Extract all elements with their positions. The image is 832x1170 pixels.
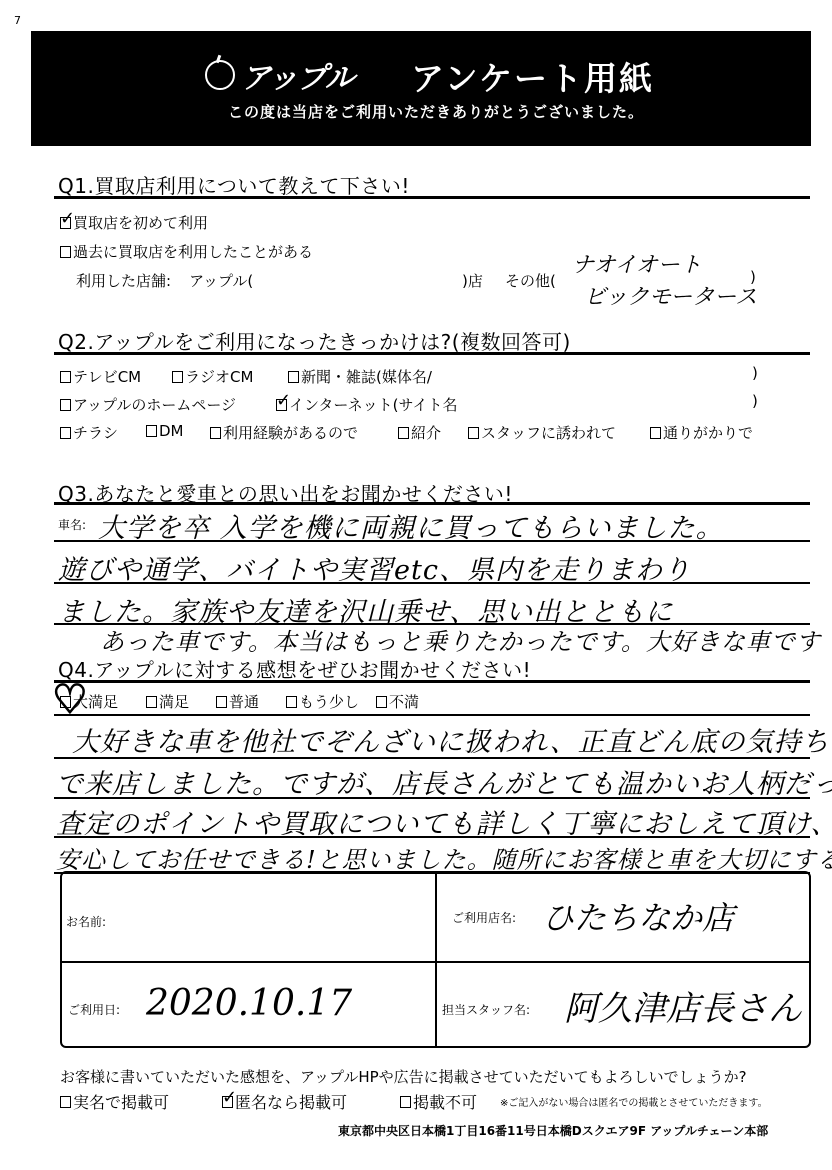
option-label: スタッフに誘われて xyxy=(481,422,616,443)
q2-option-tv[interactable]: テレビCM xyxy=(60,366,141,387)
q4-rating-normal[interactable]: 普通 xyxy=(216,691,259,712)
q2-title: Q2.アップルをご利用になったきっかけは?(複数回答可) xyxy=(58,326,571,355)
option-label: ラジオCM xyxy=(185,366,253,387)
q1-other-close: ) xyxy=(750,268,756,286)
option-label: 匿名なら掲載可 xyxy=(235,1090,347,1113)
q1-option-used-before[interactable]: 過去に買取店を利用したことがある xyxy=(60,241,313,262)
q3-line-rule xyxy=(54,540,810,542)
option-label: チラシ xyxy=(73,422,118,443)
q4-answer-line-4: 安心してお任せできる!と思いました。随所にお客様と車を大切にする気 xyxy=(56,840,832,875)
checkbox[interactable] xyxy=(468,427,479,439)
q2-option-passing[interactable]: 通りがかりで xyxy=(650,422,753,443)
q2-option-homepage[interactable]: アップルのホームページ xyxy=(60,394,236,415)
q1-other-value-line2: ビックモータース xyxy=(584,280,757,311)
q2-option-newspaper[interactable]: 新聞・雑誌(媒体名/ xyxy=(288,366,432,387)
q1-store-used: 利用した店舗: アップル( xyxy=(76,270,253,291)
checkbox-checked[interactable] xyxy=(60,217,71,229)
checkbox[interactable] xyxy=(60,696,71,708)
info-divider-vertical xyxy=(435,873,437,1046)
form-subtitle: この度は当店をご利用いただきありがとうございました。 xyxy=(31,101,811,122)
form-title: アンケート用紙 xyxy=(411,53,654,100)
q2-option-experience[interactable]: 利用経験があるので xyxy=(210,422,358,443)
q1-other-value-line1: ナオイオート xyxy=(572,248,702,279)
rating-label: 不満 xyxy=(389,691,419,712)
q2-divider xyxy=(54,352,810,355)
consent-question: お客様に書いていただいた感想を、アップルHPや広告に掲載させていただいてもよろし… xyxy=(60,1066,747,1087)
q4-answer-line-2: で来店しました。ですが、店長さんがとても温かいお人柄だった xyxy=(56,762,832,801)
checkbox[interactable] xyxy=(650,427,661,439)
q4-answer-line-1: 大好きな車を他社でぞんざいに扱われ、正直どん底の気持ち xyxy=(72,720,830,759)
checkbox[interactable] xyxy=(216,696,227,708)
rating-label: 大満足 xyxy=(73,691,118,712)
consent-option-decline[interactable]: 掲載不可 xyxy=(400,1090,477,1113)
date-value[interactable]: 2020.10.17 xyxy=(146,983,352,1024)
option-label: 新聞・雑誌(媒体名/ xyxy=(301,366,432,387)
q2-close-paren-2: ) xyxy=(752,392,758,410)
q4-line-rule xyxy=(54,757,810,759)
store-prefix: アップル( xyxy=(189,270,253,291)
q4-rating-satisfied[interactable]: 満足 xyxy=(146,691,189,712)
store-name-label: ご利用店名: xyxy=(452,909,516,926)
logo-text: アップル xyxy=(241,53,354,97)
q4-rating-so-so[interactable]: もう少し xyxy=(286,691,359,712)
q1-other-label: その他( xyxy=(505,270,556,291)
q4-line-rule xyxy=(54,836,810,838)
option-label: 過去に買取店を利用したことがある xyxy=(73,241,313,262)
rating-label: 普通 xyxy=(229,691,259,712)
apple-logo-icon xyxy=(205,60,235,90)
staff-name-value[interactable]: 阿久津店長さん xyxy=(564,981,802,1030)
q1-title: Q1.買取店利用について教えて下さい! xyxy=(58,170,410,199)
q4-divider xyxy=(54,680,810,683)
q3-answer-line-4: あった車です。本当はもっと乗りたかったです。大好きな車です xyxy=(100,622,821,657)
checkbox[interactable] xyxy=(146,425,157,437)
q2-option-radio[interactable]: ラジオCM xyxy=(172,366,253,387)
store-name-value[interactable]: ひたちなか店 xyxy=(542,893,734,939)
q4-rating-unsatisfied[interactable]: 不満 xyxy=(376,691,419,712)
checkbox[interactable] xyxy=(60,427,71,439)
checkbox[interactable] xyxy=(146,696,157,708)
checkbox[interactable] xyxy=(288,371,299,383)
q2-option-flyer[interactable]: チラシ xyxy=(60,422,118,443)
header-banner: アップル アンケート用紙 この度は当店をご利用いただきありがとうございました。 xyxy=(31,31,811,146)
staff-name-label: 担当スタッフ名: xyxy=(442,1001,530,1018)
option-label: 実名で掲載可 xyxy=(73,1090,169,1113)
consent-note: ※ご記入がない場合は匿名での掲載とさせていただきます。 xyxy=(500,1094,768,1109)
checkbox[interactable] xyxy=(376,696,387,708)
option-label: アップルのホームページ xyxy=(73,394,236,415)
q1-option-first-time[interactable]: 買取店を初めて利用 xyxy=(60,212,208,233)
rating-label: 満足 xyxy=(159,691,189,712)
q3-divider xyxy=(54,502,810,505)
option-label: DM xyxy=(159,422,184,440)
info-divider-horizontal xyxy=(62,961,809,963)
car-name-label: 車名: xyxy=(58,516,86,533)
checkbox[interactable] xyxy=(172,371,183,383)
footer-address: 東京都中央区日本橋1丁目16番11号日本橋Dスクエア9F アップルチェーン本部 xyxy=(338,1122,768,1139)
checkbox[interactable] xyxy=(60,371,71,383)
checkbox[interactable] xyxy=(60,246,71,258)
q2-option-internet[interactable]: インターネット(サイト名 xyxy=(276,394,457,415)
q2-option-staff[interactable]: スタッフに誘われて xyxy=(468,422,616,443)
q2-close-paren-1: ) xyxy=(752,364,758,382)
option-label: 買取店を初めて利用 xyxy=(73,212,208,233)
store-label: 利用した店舗: xyxy=(76,270,171,291)
q4-rating-very-satisfied[interactable]: 大満足 xyxy=(60,691,118,712)
checkbox[interactable] xyxy=(286,696,297,708)
q2-option-referral[interactable]: 紹介 xyxy=(398,422,441,443)
option-label: テレビCM xyxy=(73,366,141,387)
option-label: 通りがかりで xyxy=(663,422,753,443)
checkbox[interactable] xyxy=(210,427,221,439)
consent-option-anonymous[interactable]: 匿名なら掲載可 xyxy=(222,1090,347,1113)
checkbox[interactable] xyxy=(400,1096,411,1108)
checkbox[interactable] xyxy=(60,1096,71,1108)
customer-info-box: お名前: ご利用店名: ひたちなか店 ご利用日: 2020.10.17 担当スタ… xyxy=(60,871,811,1048)
q4-line-rule xyxy=(54,714,810,716)
date-label: ご利用日: xyxy=(68,1001,120,1018)
rating-label: もう少し xyxy=(299,691,359,712)
consent-option-real-name[interactable]: 実名で掲載可 xyxy=(60,1090,169,1113)
checkbox[interactable] xyxy=(60,399,71,411)
q3-line-rule xyxy=(54,582,810,584)
logo: アップル xyxy=(205,53,354,97)
q4-title: Q4.アップルに対する感想をぜひお聞かせください! xyxy=(58,654,531,683)
option-label: 利用経験があるので xyxy=(223,422,358,443)
q1-store-suffix: )店 xyxy=(462,270,483,291)
name-label: お名前: xyxy=(66,913,106,930)
q1-divider xyxy=(54,196,810,199)
option-label: 紹介 xyxy=(411,422,441,443)
checkbox-checked[interactable] xyxy=(276,399,287,411)
q2-option-dm[interactable]: DM xyxy=(146,422,184,440)
option-label: 掲載不可 xyxy=(413,1090,477,1113)
checkbox[interactable] xyxy=(398,427,409,439)
q4-line-rule xyxy=(54,797,810,799)
option-label: インターネット(サイト名 xyxy=(289,394,457,415)
corner-mark: 7 xyxy=(14,14,21,27)
checkbox-checked[interactable] xyxy=(222,1096,233,1108)
